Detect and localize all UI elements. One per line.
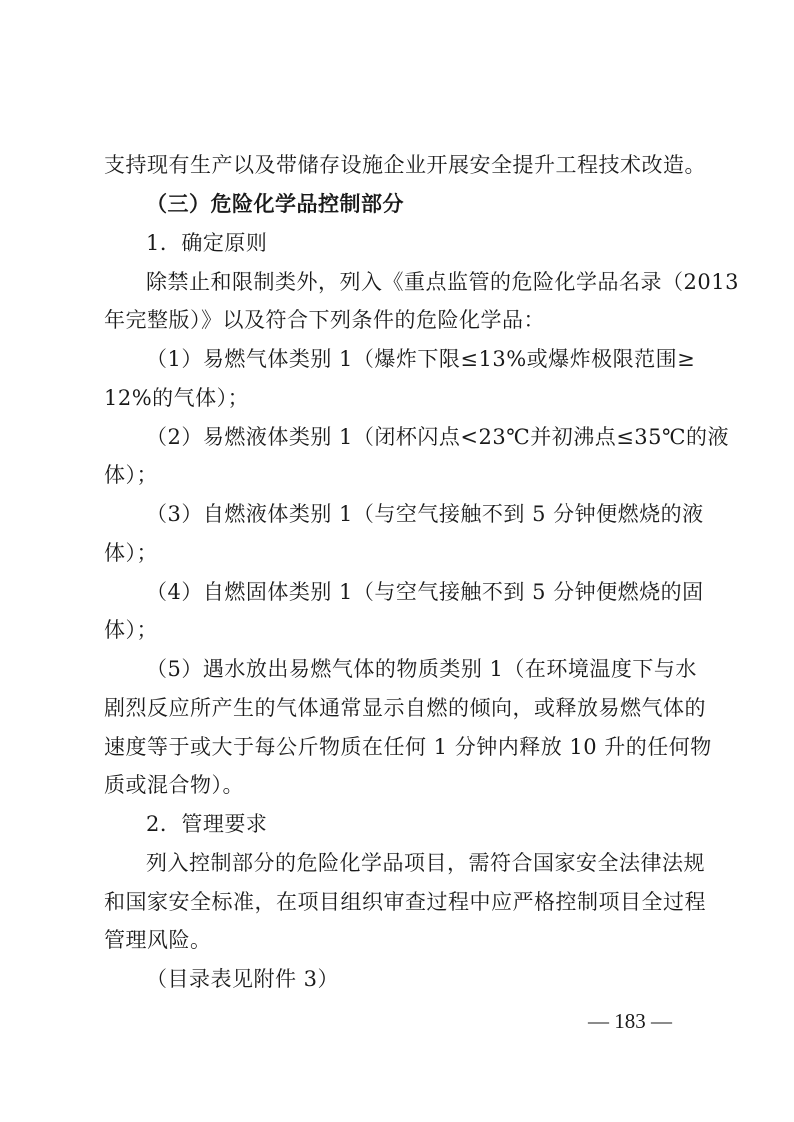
list-item-line: （3）自燃液体类别 1（与空气接触不到 5 分钟便燃烧的液 <box>146 501 694 527</box>
paragraph-line: 支持现有生产以及带储存设施企业开展安全提升工程技术改造。 <box>104 152 694 178</box>
list-item-line: 速度等于或大于每公斤物质在任何 1 分钟内释放 10 升的任何物 <box>104 734 694 760</box>
paragraph-line: 列入控制部分的危险化学品项目，需符合国家安全法律法规 <box>146 850 694 876</box>
list-item-line: （1）易燃气体类别 1（爆炸下限≤13%或爆炸极限范围≥ <box>146 346 694 372</box>
list-item-line: 剧烈反应所产生的气体通常显示自燃的倾向，或释放易燃气体的 <box>104 695 694 721</box>
list-item-line: （4）自燃固体类别 1（与空气接触不到 5 分钟便燃烧的固 <box>146 579 694 605</box>
list-item-line: 体）； <box>104 617 158 643</box>
paragraph-line: 和国家安全标准，在项目组织审查过程中应严格控制项目全过程 <box>104 889 694 915</box>
list-item-line: 体）； <box>104 540 158 566</box>
section-heading: （三）危险化学品控制部分 <box>146 191 404 217</box>
list-item-line: 12%的气体）； <box>104 385 249 411</box>
subsection-heading: 2．管理要求 <box>146 811 267 837</box>
list-item-line: 体）； <box>104 462 158 488</box>
list-item-line: （2）易燃液体类别 1（闭杯闪点<23℃并初沸点≤35℃的液 <box>146 424 694 450</box>
page-number: — 183 — <box>588 1008 672 1034</box>
subsection-heading: 1．确定原则 <box>146 230 267 256</box>
note-line: （目录表见附件 3） <box>146 966 339 992</box>
list-item-line: （5）遇水放出易燃气体的物质类别 1（在环境温度下与水 <box>146 656 694 682</box>
list-item-line: 质或混合物）。 <box>104 772 244 798</box>
paragraph-line: 年完整版）》以及符合下列条件的危险化学品： <box>104 307 545 333</box>
paragraph-line: 管理风险。 <box>104 927 212 953</box>
paragraph-line: 除禁止和限制类外，列入《重点监管的危险化学品名录（2013 <box>146 269 694 295</box>
